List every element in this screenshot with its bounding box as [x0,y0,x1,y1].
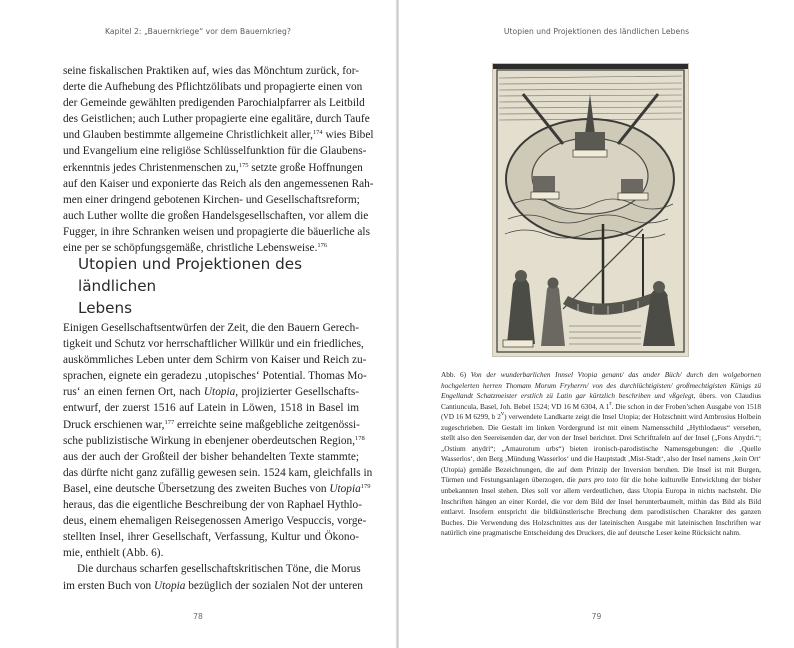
footnote-ref-177[interactable]: 177 [164,419,174,426]
footnote-ref-176[interactable]: 176 [317,242,327,249]
text-line: rus‘ an einen fernen Ort, nach Utopia, p… [63,384,359,400]
text-line: entwurf, der zuerst 1516 auf Latein in L… [63,400,359,416]
section-heading: Utopien und Projektionen des ländlichen … [78,253,378,319]
text-fragment: bezüglich der sozialen Not der unteren [185,580,363,592]
text-fragment: Druck erschienen war, [63,419,164,431]
text-line: des Geistlichen; auch Luther propagierte… [63,111,359,127]
caption-text: ) verwendete Landkarte zeigt die Insel U… [441,412,761,484]
caption-label: Abb. 6) [441,370,471,379]
text-line: men einer dringend gebotenen Kirchen- un… [63,192,359,208]
section-heading-line-2: Lebens [78,297,378,319]
footnote-ref-174[interactable]: 174 [313,129,323,136]
text-fragment: und Glauben bestimmte allgemeine Christl… [63,129,313,141]
book-spread: Kapitel 2: „Bauernkriege“ vor dem Bauern… [0,0,794,648]
text-line: Die durchaus scharfen gesellschaftskriti… [63,561,359,577]
running-head-right: Utopien und Projektionen des ländlichen … [399,27,794,36]
text-fragment: Basel, eine deutsche Übersetzung des zwe… [63,483,329,495]
text-fragment: erreichte seine maßgebliche zeitgenössi- [174,419,360,431]
text-fragment: im ersten Buch von [63,580,154,592]
italic-title: Utopia [154,580,185,592]
text-line: sche publizistische Wirkung in ebenjener… [63,433,359,449]
text-line: erkenntnis jedes Christenmenschen zu,175… [63,160,359,176]
caption-text: für die hohe kulturelle Entwicklung der … [441,475,761,537]
text-line: Druck erschienen war,177 erreichte seine… [63,417,359,433]
text-fragment: setzte große Hoffnungen [248,162,362,174]
text-line: sprachen, eignete ein geradezu ‚utopisch… [63,368,359,384]
text-fragment: rus‘ an einen fernen Ort, nach [63,386,204,398]
text-line: im ersten Buch von Utopia bezüglich der … [63,578,359,594]
text-line: der Gemeinde gewählten predigenden Paroc… [63,95,359,111]
text-line: deus, einem ehemaligen Reisegenossen Ame… [63,513,359,529]
text-line: tigkeit und Schutz vor herrschaftlicher … [63,336,359,352]
text-line: auch Luther wollte die großen Handelsges… [63,208,359,224]
text-line: und Glauben bestimmte allgemeine Christl… [63,127,359,143]
text-fragment: sche publizistische Wirkung in ebenjener… [63,435,355,447]
paragraph-2: Einigen Gesellschaftsentwürfen der Zeit,… [63,320,359,594]
text-line: mie, enthielt (Abb. 6). [63,545,359,561]
paragraph-1: seine fiskalischen Praktiken auf, wies d… [63,63,359,256]
caption-italic: pars pro toto [578,475,618,484]
text-line: das dürfte nicht ganz zufällig gewesen s… [63,465,359,481]
running-head-left: Kapitel 2: „Bauernkriege“ vor dem Bauern… [0,27,396,36]
figure-caption: Abb. 6) Von der wunderbarlichen Innsel V… [441,370,761,539]
text-fragment: wies Bibel [323,129,374,141]
left-page: Kapitel 2: „Bauernkriege“ vor dem Bauern… [0,0,396,648]
text-line: auf den Kaiser und exponierte das Reich … [63,176,359,192]
utopia-woodcut-figure [492,63,689,357]
text-fragment: erkenntnis jedes Christenmenschen zu, [63,162,239,174]
text-line: Basel, eine deutsche Übersetzung des zwe… [63,481,359,497]
section-heading-line-1: Utopien und Projektionen des ländlichen [78,253,378,297]
text-line: stellten Insel, ihrer Gesellschaft, Verf… [63,529,359,545]
text-line: Fugger, in ihre Schranken weisen und pro… [63,224,359,240]
text-line: und Evangelium eine religiöse Schlüsself… [63,143,359,159]
text-line: derte die Aufhebung des Pflichtzölibats … [63,79,359,95]
page-number-left: 78 [0,612,396,621]
text-line: seine fiskalischen Praktiken auf, wies d… [63,63,359,79]
woodcut-illustration-icon [493,64,688,356]
footnote-ref-178[interactable]: 178 [355,435,365,442]
text-line: Einigen Gesellschaftsentwürfen der Zeit,… [63,320,359,336]
page-number-right: 79 [399,612,794,621]
text-line: aus der auch der Großteil der bisher beh… [63,449,359,465]
text-line: heraus, das die eigentliche Beschreibung… [63,497,359,513]
footnote-ref-179[interactable]: 179 [361,483,371,490]
footnote-ref-175[interactable]: 175 [239,162,249,169]
italic-title: Utopia [329,483,360,495]
text-fragment: , projizierter Gesellschafts- [235,386,359,398]
text-line: auskömmliches Leben unter dem Schirm von… [63,352,359,368]
italic-title: Utopia [204,386,235,398]
